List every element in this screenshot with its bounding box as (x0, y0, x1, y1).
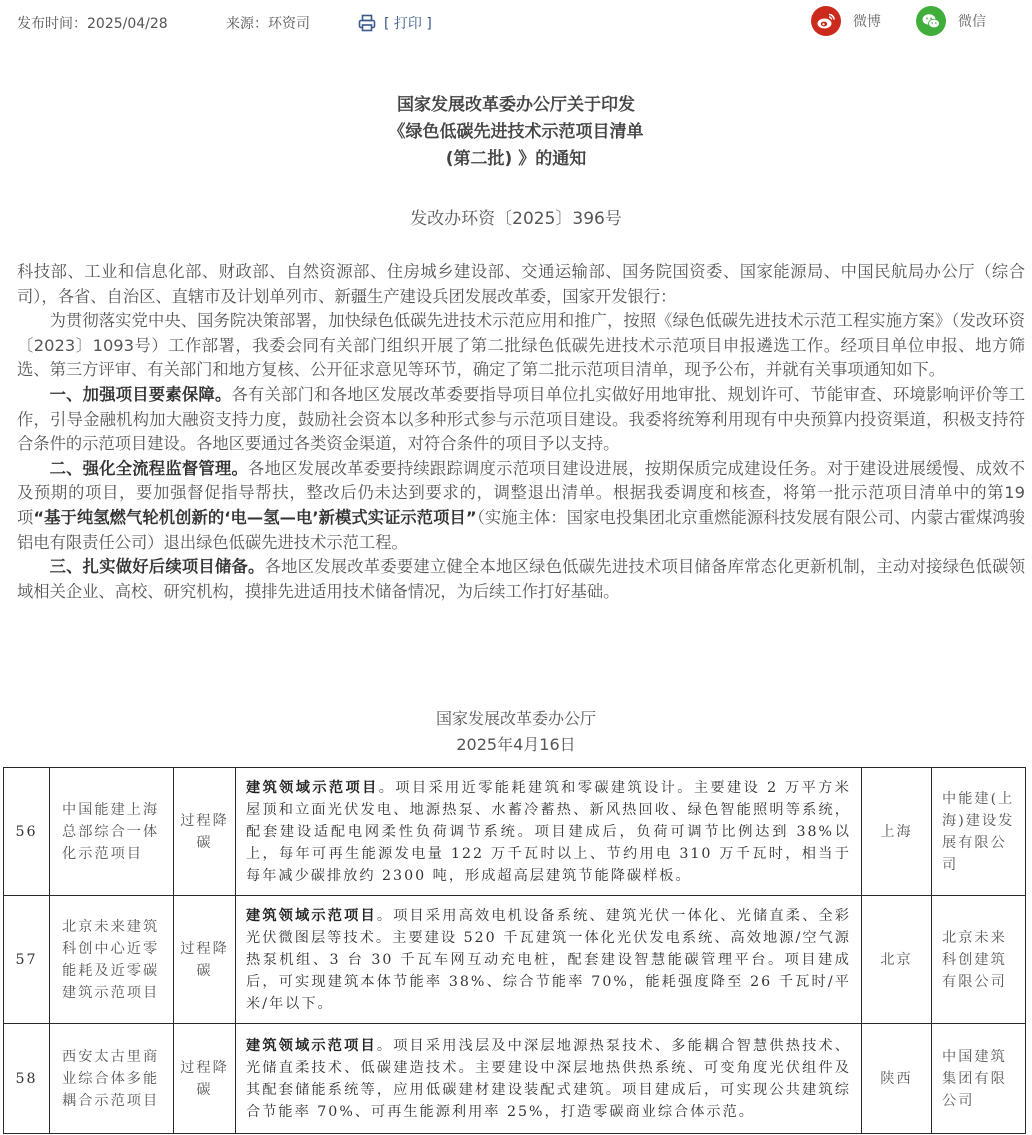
meta-bar: 发布时间：2025/04/28 来源：环资司 [ 打印 ] 微博 (0, 0, 1032, 48)
description-heading: 建筑领域示范项目 (246, 780, 379, 796)
source: 来源：环资司 (226, 14, 310, 34)
title-line-3: (第二批) 》的通知 (0, 146, 1032, 173)
signature-date: 2025年4月16日 (0, 732, 1032, 758)
row-number: 57 (4, 896, 50, 1024)
wechat-icon (916, 6, 946, 36)
article-body: 科技部、工业和信息化部、财政部、自然资源部、住房城乡建设部、交通运输部、国务院国… (17, 260, 1025, 604)
page-title: 国家发展改革委办公厅关于印发 《绿色低碳先进技术示范项目清单 (第二批) 》的通… (0, 92, 1032, 173)
table-row: 56 中国能建上海总部综合一体化示范项目 过程降碳 建筑领域示范项目。项目采用近… (4, 768, 1026, 896)
signature: 国家发展改革委办公厅 2025年4月16日 (0, 706, 1032, 758)
section-2-paragraph: 二、强化全流程监督管理。各地区发展改革委要持续跟踪调度示范项目建设进展，按期保质… (17, 457, 1025, 555)
project-name: 北京未来建筑科创中心近零能耗及近零碳建筑示范项目 (50, 896, 174, 1024)
table-row: 57 北京未来建筑科创中心近零能耗及近零碳建筑示范项目 过程降碳 建筑领域示范项… (4, 896, 1026, 1024)
project-category: 过程降碳 (174, 896, 236, 1024)
share-wechat-button[interactable]: 微信 (916, 6, 986, 36)
wechat-label: 微信 (958, 11, 986, 31)
recipients-paragraph: 科技部、工业和信息化部、财政部、自然资源部、住房城乡建设部、交通运输部、国务院国… (17, 260, 1025, 309)
project-organization: 北京未来科创建筑有限公司 (932, 896, 1026, 1024)
source-value: 环资司 (268, 16, 310, 32)
print-button[interactable]: [ 打印 ] (358, 13, 432, 33)
document-number: 发改办环资〔2025〕396号 (0, 204, 1032, 229)
section-2-title: 二、强化全流程监督管理。 (50, 459, 248, 478)
section-1-title: 一、加强项目要素保障。 (50, 385, 232, 404)
row-number: 56 (4, 768, 50, 896)
section-1-paragraph: 一、加强项目要素保障。各有关部门和各地区发展改革委要指导项目单位扎实做好用地审批… (17, 383, 1025, 457)
project-name: 西安太古里商业综合体多能耦合示范项目 (50, 1024, 174, 1134)
project-description: 建筑领域示范项目。项目采用浅层及中深层地源热泵技术、多能耦合智慧供热技术、光储直… (236, 1024, 862, 1134)
project-region: 北京 (862, 896, 932, 1024)
printer-icon (358, 14, 376, 32)
section-3-title: 三、扎实做好后续项目储备。 (50, 557, 265, 576)
weibo-label: 微博 (853, 11, 881, 31)
table-row: 58 西安太古里商业综合体多能耦合示范项目 过程降碳 建筑领域示范项目。项目采用… (4, 1024, 1026, 1134)
project-name: 中国能建上海总部综合一体化示范项目 (50, 768, 174, 896)
section-2-project-name: “基于纯氢燃气轮机创新的‘电—氢—电’新模式实证示范项目” (33, 508, 476, 527)
project-category: 过程降碳 (174, 768, 236, 896)
signature-org: 国家发展改革委办公厅 (0, 706, 1032, 732)
project-region: 陕西 (862, 1024, 932, 1134)
project-region: 上海 (862, 768, 932, 896)
project-table: 56 中国能建上海总部综合一体化示范项目 过程降碳 建筑领域示范项目。项目采用近… (3, 767, 1026, 1134)
publish-date-value: 2025/04/28 (87, 16, 168, 32)
intro-paragraph: 为贯彻落实党中央、国务院决策部署，加快绿色低碳先进技术示范应用和推广，按照《绿色… (17, 309, 1025, 383)
row-number: 58 (4, 1024, 50, 1134)
share-weibo-button[interactable]: 微博 (811, 6, 881, 36)
project-organization: 中国建筑集团有限公司 (932, 1024, 1026, 1134)
project-description: 建筑领域示范项目。项目采用高效电机设备系统、建筑光伏一体化、光储直柔、全彩光伏微… (236, 896, 862, 1024)
publish-date: 发布时间：2025/04/28 (17, 14, 168, 34)
print-label: [ 打印 ] (384, 13, 432, 33)
title-line-1: 国家发展改革委办公厅关于印发 (0, 92, 1032, 119)
weibo-icon (811, 6, 841, 36)
project-category: 过程降碳 (174, 1024, 236, 1134)
description-heading: 建筑领域示范项目 (246, 908, 377, 924)
project-description: 建筑领域示范项目。项目采用近零能耗建筑和零碳建筑设计。主要建设 2 万平方米屋顶… (236, 768, 862, 896)
description-heading: 建筑领域示范项目 (246, 1038, 377, 1054)
publish-label: 发布时间： (17, 16, 87, 32)
project-organization: 中能建(上海)建设发展有限公司 (932, 768, 1026, 896)
source-label: 来源： (226, 16, 268, 32)
title-line-2: 《绿色低碳先进技术示范项目清单 (0, 119, 1032, 146)
section-3-paragraph: 三、扎实做好后续项目储备。各地区发展改革委要建立健全本地区绿色低碳先进技术项目储… (17, 555, 1025, 604)
